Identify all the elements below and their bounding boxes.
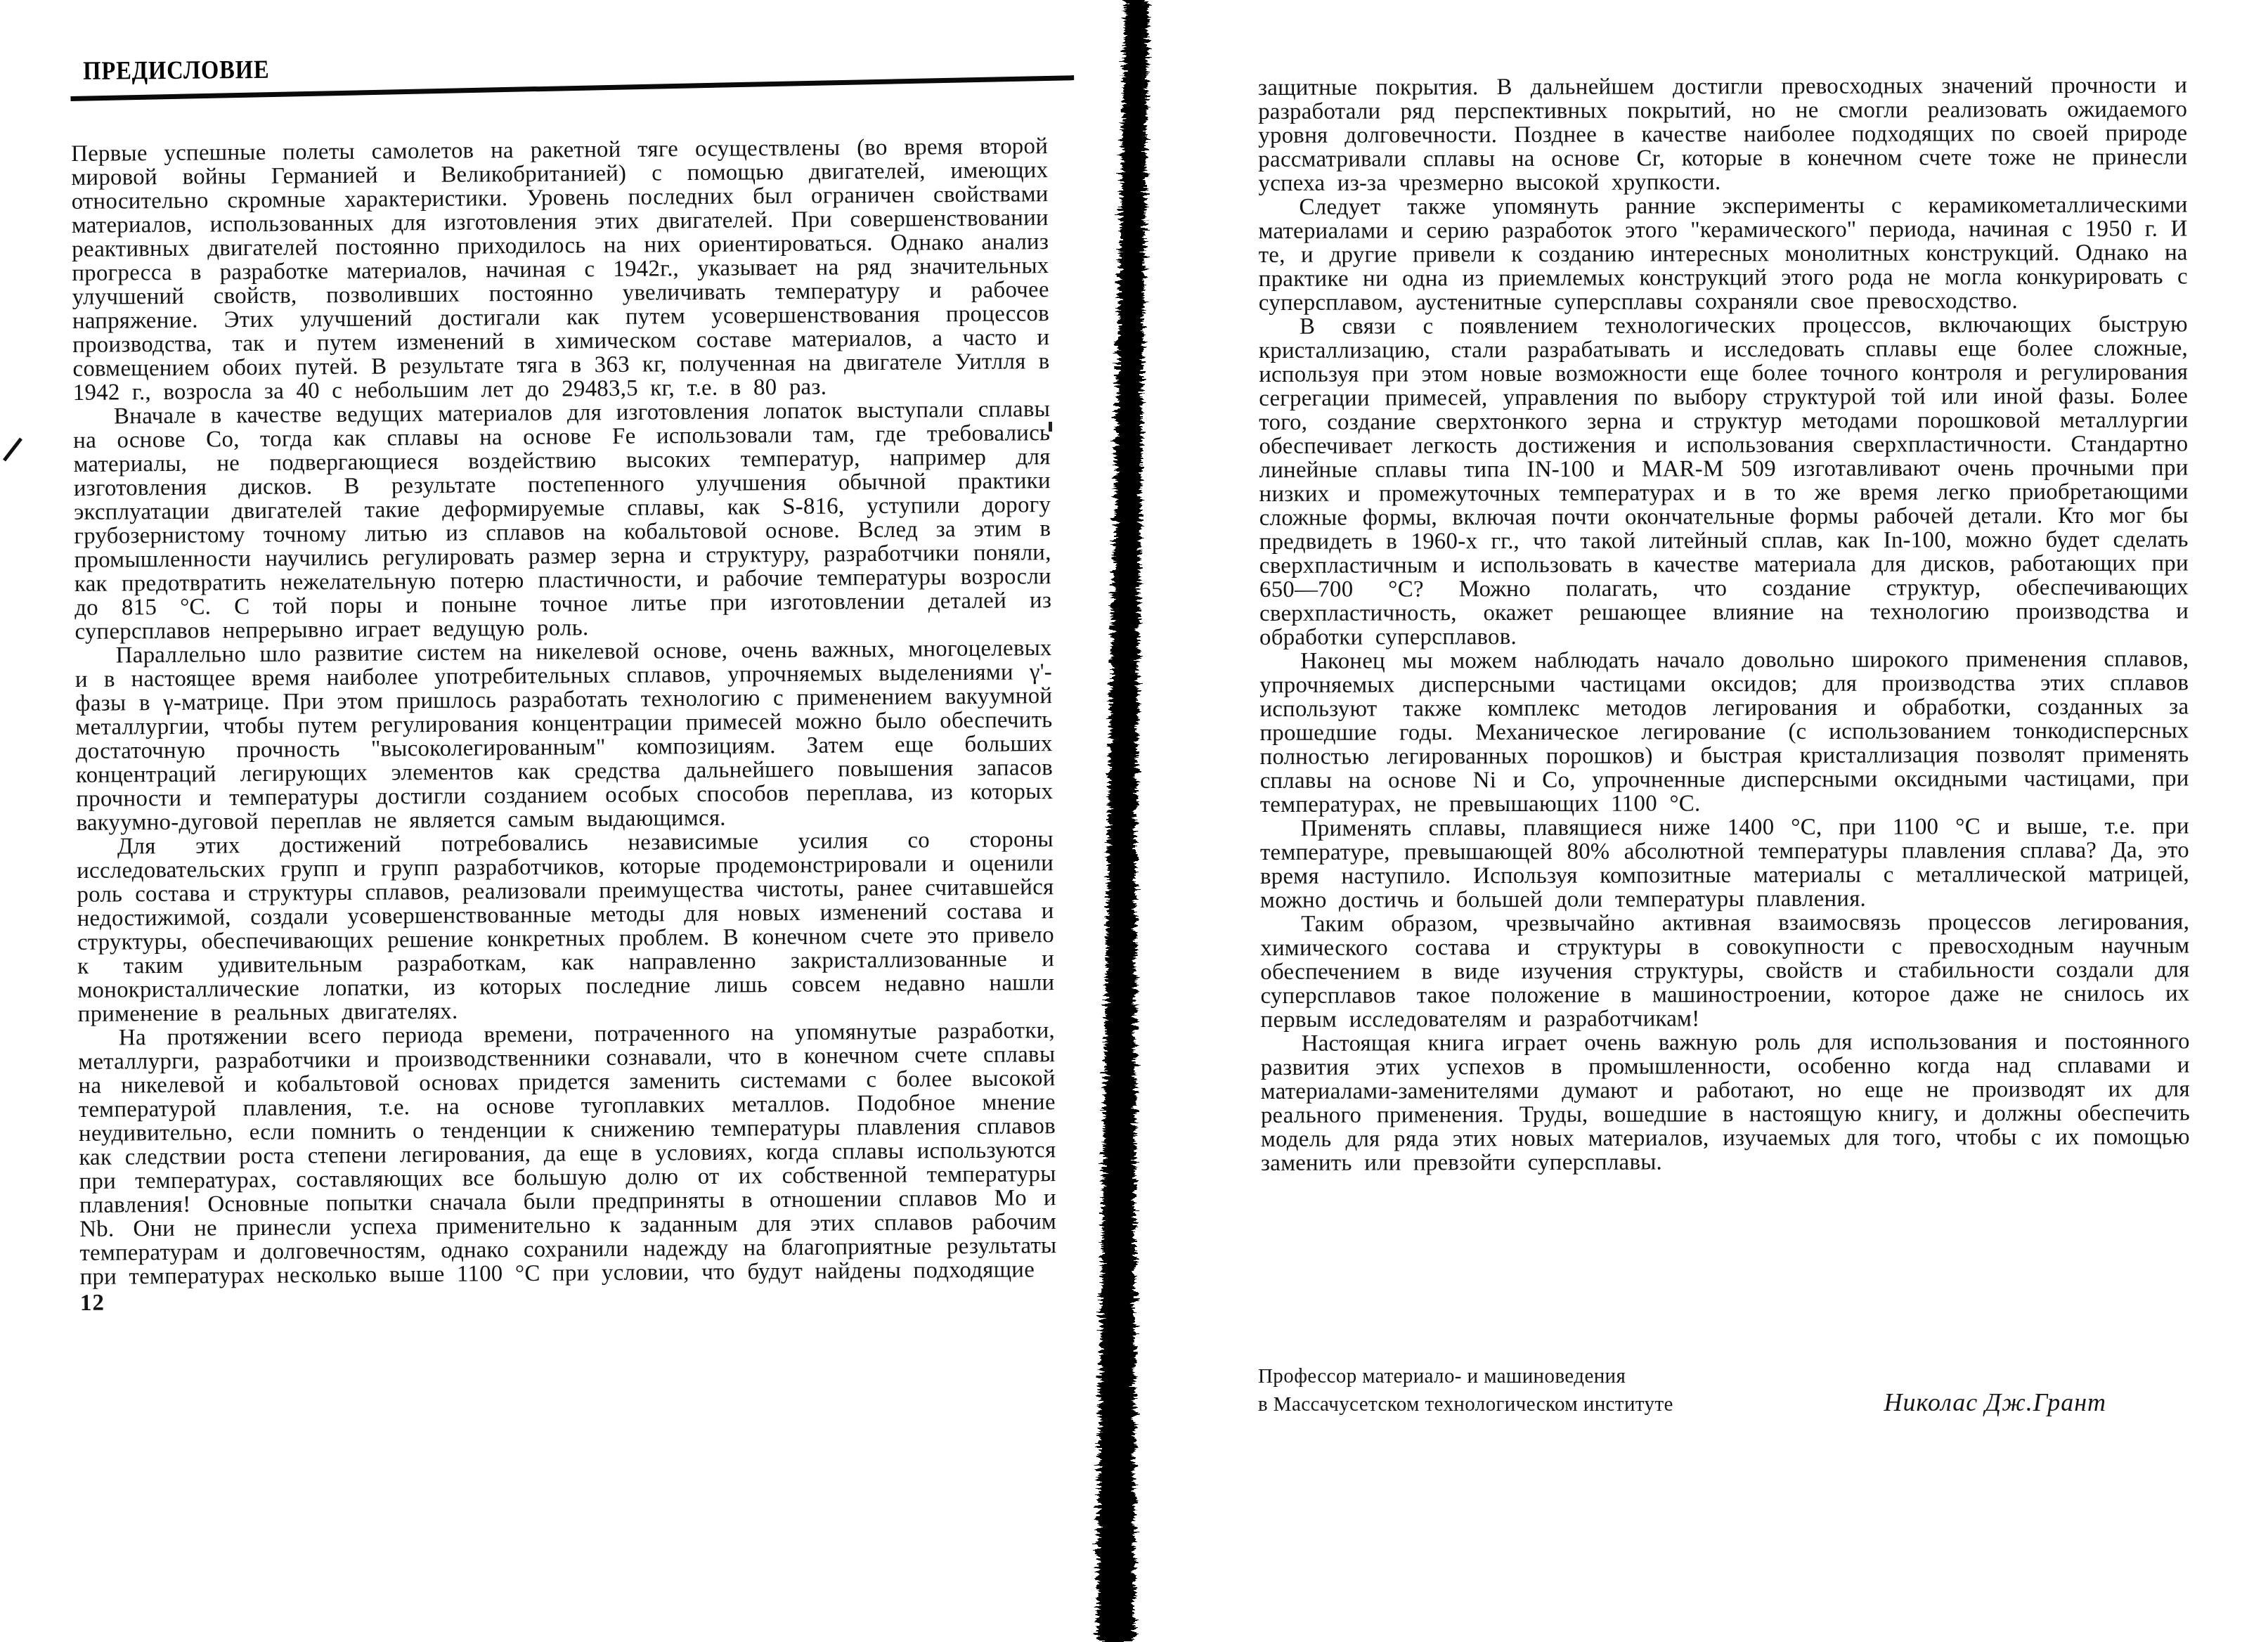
left-text-column: Первые успешные полеты самолетов на раке… (71, 134, 1057, 1289)
signature-name: Николас Дж.Грант (1884, 1388, 2106, 1417)
signature-line: Профессор материало- и машиноведения (1258, 1362, 1673, 1390)
paragraph: Вначале в качестве ведущих материалов дл… (73, 397, 1052, 644)
gutter-band (1096, 0, 1148, 1642)
paragraph: Параллельно шло развитие систем на никел… (75, 636, 1054, 835)
paragraph: Для этих достижений потребовались незави… (77, 827, 1055, 1026)
signature-block: Профессор материало- и машиноведения в М… (1258, 1362, 2187, 1418)
paragraph: Первые успешные полеты самолетов на раке… (71, 134, 1050, 405)
paragraph: Наконец мы можем наблюдать начало доволь… (1259, 647, 2189, 817)
paragraph: Таким образом, чрезвычайно активная взаи… (1260, 910, 2189, 1032)
margin-mark (4, 439, 21, 460)
right-text-column: защитные покрытия. В дальнейшем достигли… (1258, 74, 2190, 1175)
signature-affiliation: Профессор материало- и машиноведения в М… (1258, 1362, 1673, 1418)
scanned-book-spread: { "title": "ПРЕДИСЛОВИЕ", "page_number":… (0, 0, 2268, 1642)
paragraph: Применять сплавы, плавящиеся ниже 1400 °… (1260, 815, 2189, 912)
paragraph: В связи с появлением технологических про… (1259, 313, 2189, 649)
paragraph: Следует также упомянуть ранние экспериме… (1258, 193, 2187, 315)
paragraph: Настоящая книга играет очень важную роль… (1261, 1030, 2191, 1175)
paragraph: защитные покрытия. В дальнейшем достигли… (1258, 74, 2187, 195)
left-page: ПРЕДИСЛОВИЕ Первые успешные полеты самол… (70, 49, 1057, 1317)
right-page: защитные покрытия. В дальнейшем достигли… (1258, 74, 2190, 1175)
paragraph: На протяжении всего периода времени, пот… (78, 1019, 1057, 1289)
signature-line: в Массачусетском технологическом институ… (1258, 1390, 1673, 1418)
